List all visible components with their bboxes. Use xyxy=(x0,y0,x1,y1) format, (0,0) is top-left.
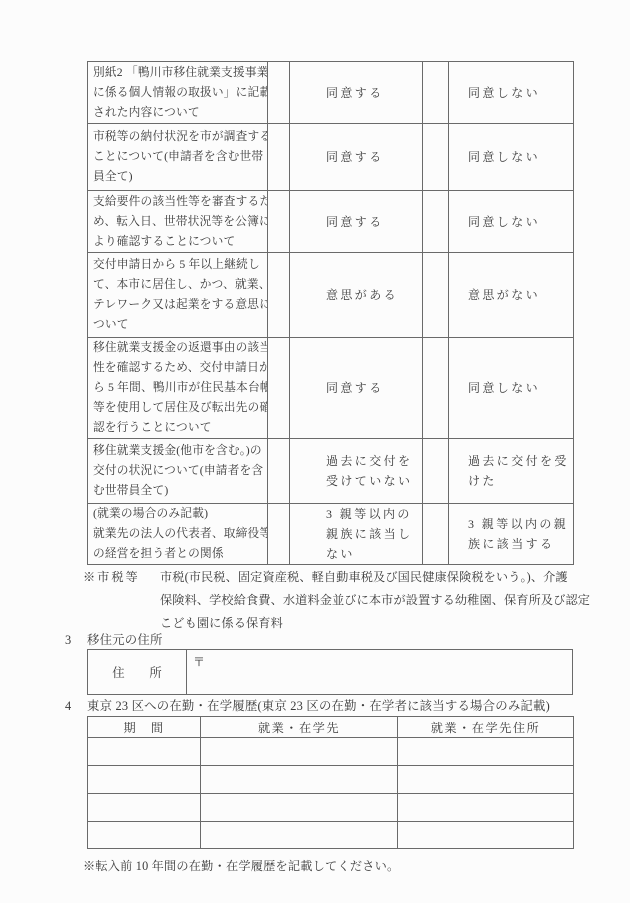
disagree-option-label: 同意しない xyxy=(449,191,574,253)
consent-item-text: 支給要件の該当性等を審査するた め、転入日、世帯状況等を公簿に より確認すること… xyxy=(88,191,268,253)
consent-row: 支給要件の該当性等を審査するた め、転入日、世帯状況等を公簿に より確認すること… xyxy=(88,191,574,253)
section4-number: 4 xyxy=(65,699,87,713)
agree-mark-cell xyxy=(268,253,290,338)
tax-note-marker: ※市税等 xyxy=(83,566,140,589)
agree-option-label: 同意する xyxy=(290,191,423,253)
history-empty-row xyxy=(88,794,574,822)
place-address-cell xyxy=(398,794,574,822)
tax-note-body: 市税(市民税、固定資産税、軽自動車税及び国民健康保険税をいう。)、介護 保険料、… xyxy=(160,566,578,635)
address-label: 住 所 xyxy=(88,650,187,695)
place-cell xyxy=(201,766,398,794)
period-cell xyxy=(88,822,201,849)
disagree-mark-cell xyxy=(423,504,449,565)
section3-heading: 3移住元の住所 xyxy=(65,633,163,647)
consent-row: 交付申請日から 5 年以上継続し て、本市に居住し、かつ、就業、 テレワーク又は… xyxy=(88,253,574,338)
agree-option-label: 意思がある xyxy=(290,253,423,338)
period-cell xyxy=(88,766,201,794)
consent-item-text: 市税等の納付状況を市が調査する ことについて(申請者を含む世帯 員全て) xyxy=(88,124,268,191)
consent-item-text: 移住就業支援金(他市を含む。)の 交付の状況について(申請者を含 む世帯員全て) xyxy=(88,439,268,504)
consent-row: (就業の場合のみ記載) 就業先の法人の代表者、取締役等 の経営を担う者との関係 … xyxy=(88,504,574,565)
place-cell xyxy=(201,794,398,822)
consent-item-text: 別紙2 「鴨川市移住就業支援事業 に係る個人情報の取扱い」に記載 された内容につ… xyxy=(88,62,268,124)
place-address-cell xyxy=(398,766,574,794)
history-header-period: 期 間 xyxy=(88,717,201,738)
agree-mark-cell xyxy=(268,191,290,253)
postal-mark: 〒 xyxy=(193,655,205,669)
address-input-area: 〒 xyxy=(187,650,573,695)
history-header-place-address: 就業・在学先住所 xyxy=(398,717,574,738)
agree-option-label: 同意する xyxy=(290,338,423,439)
disagree-option-label: 意思がない xyxy=(449,253,574,338)
disagree-mark-cell xyxy=(423,124,449,191)
consent-item-text: 交付申請日から 5 年以上継続し て、本市に居住し、かつ、就業、 テレワーク又は… xyxy=(88,253,268,338)
consent-row: 移住就業支援金の返還事由の該当 性を確認するため、交付申請日か ら 5 年間、鴨… xyxy=(88,338,574,439)
consent-item-text: 移住就業支援金の返還事由の該当 性を確認するため、交付申請日か ら 5 年間、鴨… xyxy=(88,338,268,439)
period-cell xyxy=(88,794,201,822)
agree-mark-cell xyxy=(268,124,290,191)
section3-title: 移住元の住所 xyxy=(87,633,163,647)
place-address-cell xyxy=(398,738,574,766)
consent-table: 別紙2 「鴨川市移住就業支援事業 に係る個人情報の取扱い」に記載 された内容につ… xyxy=(87,61,574,565)
consent-row: 移住就業支援金(他市を含む。)の 交付の状況について(申請者を含 む世帯員全て)… xyxy=(88,439,574,504)
agree-mark-cell xyxy=(268,62,290,124)
disagree-mark-cell xyxy=(423,439,449,504)
disagree-option-label: 過去に交付を受 けた xyxy=(449,439,574,504)
disagree-option-label: 同意しない xyxy=(449,338,574,439)
place-cell xyxy=(201,738,398,766)
consent-row: 別紙2 「鴨川市移住就業支援事業 に係る個人情報の取扱い」に記載 された内容につ… xyxy=(88,62,574,124)
place-address-cell xyxy=(398,822,574,849)
section3-number: 3 xyxy=(65,633,87,647)
agree-mark-cell xyxy=(268,439,290,504)
disagree-mark-cell xyxy=(423,191,449,253)
disagree-mark-cell xyxy=(423,338,449,439)
history-empty-row xyxy=(88,822,574,849)
disagree-mark-cell xyxy=(423,62,449,124)
history-empty-row xyxy=(88,738,574,766)
history-empty-row xyxy=(88,766,574,794)
agree-option-label: 3 親等以内の 親族に該当し ない xyxy=(290,504,423,565)
place-cell xyxy=(201,822,398,849)
agree-mark-cell xyxy=(268,504,290,565)
disagree-option-label: 同意しない xyxy=(449,124,574,191)
address-table: 住 所 〒 xyxy=(87,649,573,695)
tax-note: ※市税等 市税(市民税、固定資産税、軽自動車税及び国民健康保険税をいう。)、介護… xyxy=(83,566,578,635)
section4-title: 東京 23 区への在勤・在学履歴(東京 23 区の在勤・在学者に該当する場合のみ… xyxy=(87,699,550,713)
history-table: 期 間 就業・在学先 就業・在学先住所 xyxy=(87,716,574,849)
address-row: 住 所 〒 xyxy=(88,650,573,695)
agree-option-label: 同意する xyxy=(290,124,423,191)
history-note: ※転入前 10 年間の在勤・在学履歴を記載してください。 xyxy=(83,858,399,874)
history-header-place: 就業・在学先 xyxy=(201,717,398,738)
disagree-mark-cell xyxy=(423,253,449,338)
disagree-option-label: 3 親等以内の親 族に該当する xyxy=(449,504,574,565)
agree-option-label: 過去に交付を 受けていない xyxy=(290,439,423,504)
agree-option-label: 同意する xyxy=(290,62,423,124)
disagree-option-label: 同意しない xyxy=(449,62,574,124)
agree-mark-cell xyxy=(268,338,290,439)
period-cell xyxy=(88,738,201,766)
consent-row: 市税等の納付状況を市が調査する ことについて(申請者を含む世帯 員全て) 同意す… xyxy=(88,124,574,191)
section4-heading: 4東京 23 区への在勤・在学履歴(東京 23 区の在勤・在学者に該当する場合の… xyxy=(65,699,550,713)
history-header-row: 期 間 就業・在学先 就業・在学先住所 xyxy=(88,717,574,738)
document-page: 別紙2 「鴨川市移住就業支援事業 に係る個人情報の取扱い」に記載 された内容につ… xyxy=(0,0,630,903)
consent-item-text: (就業の場合のみ記載) 就業先の法人の代表者、取締役等 の経営を担う者との関係 xyxy=(88,504,268,565)
